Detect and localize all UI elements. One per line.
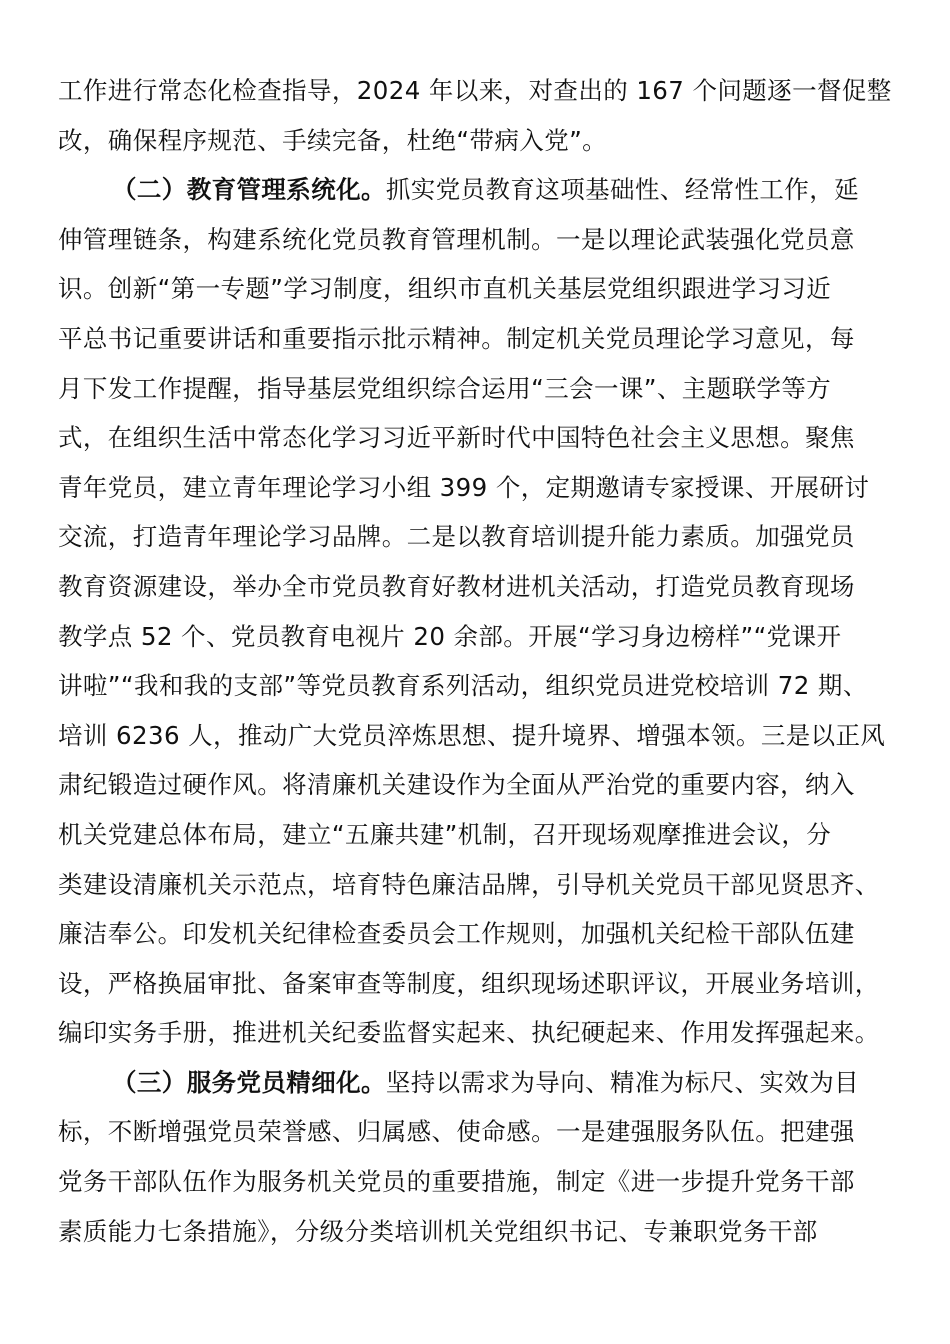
text-line: 识。创新“第一专题”学习制度，组织市直机关基层党组织跟进学习习近 <box>58 264 884 314</box>
document-page: 工作进行常态化检查指导，2024 年以来，对查出的 167 个问题逐一督促整 改… <box>58 66 884 1256</box>
text-line: 廉洁奉公。印发机关纪律检查委员会工作规则，加强机关纪检干部队伍建 <box>58 909 884 959</box>
text-line: 编印实务手册，推进机关纪委监督实起来、执纪硬起来、作用发挥强起来。 <box>58 1008 884 1058</box>
text-line: 工作进行常态化检查指导，2024 年以来，对查出的 167 个问题逐一督促整 <box>58 66 884 116</box>
text-line: 教育资源建设，举办全市党员教育好教材进机关活动，打造党员教育现场 <box>58 562 884 612</box>
text-line: 平总书记重要讲话和重要指示批示精神。制定机关党员理论学习意见，每 <box>58 314 884 364</box>
text-line: 交流，打造青年理论学习品牌。二是以教育培训提升能力素质。加强党员 <box>58 512 884 562</box>
text-line: 党务干部队伍作为服务机关党员的重要措施，制定《进一步提升党务干部 <box>58 1157 884 1207</box>
text-line: 讲啦”“我和我的支部”等党员教育系列活动，组织党员进党校培训 72 期、 <box>58 661 884 711</box>
text-line: 素质能力七条措施》，分级分类培训机关党组织书记、专兼职党务干部 <box>58 1207 884 1257</box>
text-line: 教学点 52 个、党员教育电视片 20 余部。开展“学习身边榜样”“党课开 <box>58 612 884 662</box>
text-line: 肃纪锻造过硬作风。将清廉机关建设作为全面从严治党的重要内容，纳入 <box>58 760 884 810</box>
text-line: 伸管理链条，构建系统化党员教育管理机制。一是以理论武装强化党员意 <box>58 215 884 265</box>
section-heading: （三）服务党员精细化。 <box>112 1068 386 1097</box>
text-line: 类建设清廉机关示范点，培育特色廉洁品牌，引导机关党员干部见贤思齐、 <box>58 860 884 910</box>
text-line: 月下发工作提醒，指导基层党组织综合运用“三会一课”、主题联学等方 <box>58 364 884 414</box>
section-heading-line: （二）教育管理系统化。抓实党员教育这项基础性、经常性工作，延 <box>58 165 884 215</box>
text-line: 标，不断增强党员荣誉感、归属感、使命感。一是建强服务队伍。把建强 <box>58 1107 884 1157</box>
text-line: 设，严格换届审批、备案审查等制度，组织现场述职评议，开展业务培训， <box>58 959 884 1009</box>
text-line: 培训 6236 人，推动广大党员淬炼思想、提升境界、增强本领。三是以正风 <box>58 711 884 761</box>
text-line: 式，在组织生活中常态化学习习近平新时代中国特色社会主义思想。聚焦 <box>58 413 884 463</box>
text-line: 机关党建总体布局，建立“五廉共建”机制，召开现场观摩推进会议，分 <box>58 810 884 860</box>
section-heading-line: （三）服务党员精细化。坚持以需求为导向、精准为标尺、实效为目 <box>58 1058 884 1108</box>
text-run: 坚持以需求为导向、精准为标尺、实效为目 <box>386 1068 859 1097</box>
text-line: 改，确保程序规范、手续完备，杜绝“带病入党”。 <box>58 116 884 166</box>
section-heading: （二）教育管理系统化。 <box>112 175 386 204</box>
text-line: 青年党员，建立青年理论学习小组 399 个，定期邀请专家授课、开展研讨 <box>58 463 884 513</box>
text-run: 抓实党员教育这项基础性、经常性工作，延 <box>386 175 859 204</box>
